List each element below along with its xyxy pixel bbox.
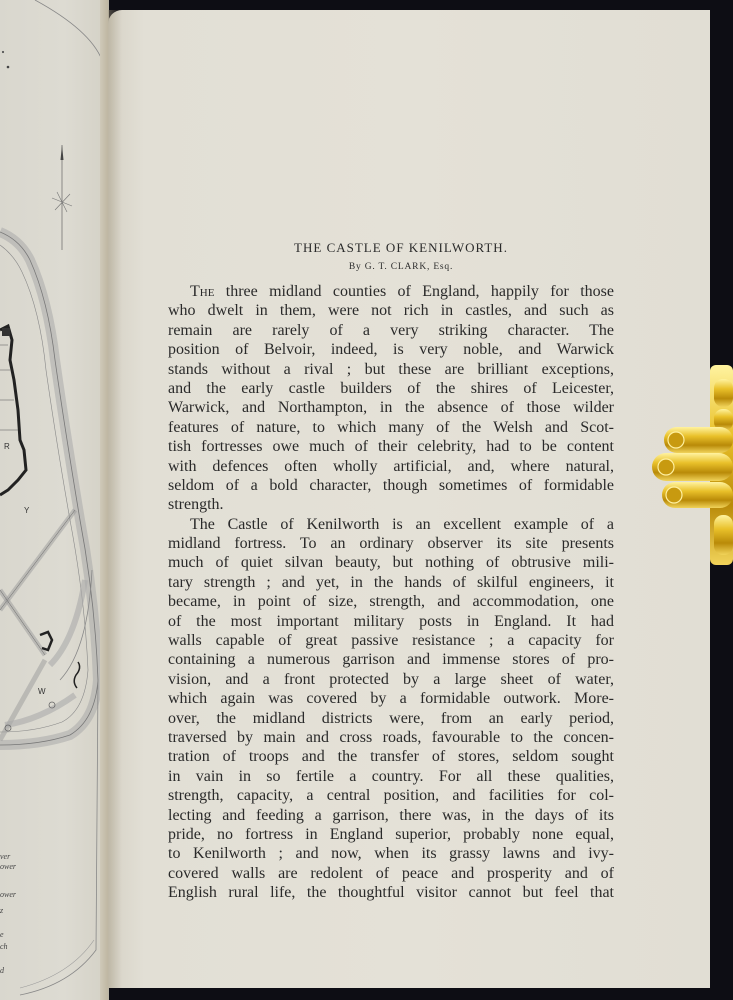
text-line: with defences often wholly artificial, a… xyxy=(168,457,614,476)
text-line: containing a numerous garrison and immen… xyxy=(168,650,614,669)
text-line: lecting and feeding a garrison, there wa… xyxy=(168,806,614,825)
text-line: strength, capacity, a central position, … xyxy=(168,786,614,805)
text-line: The Castle of Kenilworth is an excellent… xyxy=(168,515,614,534)
article-byline: By G. T. CLARK, Esq. xyxy=(100,262,702,272)
gold-binder-clip-icon xyxy=(648,365,733,565)
text-line: remain are rarely of a very striking cha… xyxy=(168,321,614,340)
text-line: which again was covered by a formidable … xyxy=(168,689,614,708)
text-line: covered walls are redolent of peace and … xyxy=(168,864,614,883)
drop-word: The xyxy=(190,283,214,300)
text-line: and the early castle builders of the shi… xyxy=(168,379,614,398)
gutter-shadow xyxy=(108,10,122,988)
text-line: walls capable of great passive resistanc… xyxy=(168,631,614,650)
text-line: vision, and a front protected by a large… xyxy=(168,670,614,689)
text-line: tish fortresses owe much of their celebr… xyxy=(168,437,614,456)
text-line: position of Belvoir, indeed, is very nob… xyxy=(168,340,614,359)
text-line: over, the midland districts were, from a… xyxy=(168,709,614,728)
text-line: who dwelt in them, were not rich in cast… xyxy=(168,301,614,320)
text-line: pride, no fortress in England superior, … xyxy=(168,825,614,844)
legend-fragment: ower xyxy=(0,862,16,871)
article-body: The three midland counties of England, h… xyxy=(168,282,614,903)
legend-fragment: ch xyxy=(0,942,8,951)
legend-fragment: d xyxy=(0,966,4,975)
map-label-w: W xyxy=(38,687,46,696)
text-line: Warwick, and Northampton, in the absence… xyxy=(168,398,614,417)
legend-fragment: e xyxy=(0,930,4,939)
text-line: much of quiet silvan beauty, but nothing… xyxy=(168,553,614,572)
legend-fragment: z xyxy=(0,906,3,915)
text-line: stands without a rival ; but these are b… xyxy=(168,360,614,379)
text-line: became, in point of size, strength, and … xyxy=(168,592,614,611)
text-line: in vain in so fertile a country. For all… xyxy=(168,767,614,786)
legend-fragment: ver xyxy=(0,852,10,861)
legend-fragment: ower xyxy=(0,890,16,899)
text-line: features of nature, to which many of the… xyxy=(168,418,614,437)
map-label-r: R xyxy=(4,442,10,451)
text-line: English rural life, the thoughtful visit… xyxy=(168,883,614,902)
page-edge xyxy=(100,0,108,1000)
article-title: THE CASTLE OF KENILWORTH. xyxy=(100,240,702,256)
text-line: of the most important military posts in … xyxy=(168,612,614,631)
map-label-y: Y xyxy=(24,506,29,515)
text-line: tary strength ; and yet, in the hands of… xyxy=(168,573,614,592)
text-line: The three midland counties of England, h… xyxy=(168,282,614,301)
left-page-map-plate: R Y W ver ower ower z e ch d xyxy=(0,0,109,1000)
text-line: seldom of a bold character, though somet… xyxy=(168,476,614,495)
text-line: to Kenilworth ; and now, when its grassy… xyxy=(168,844,614,863)
north-arrow-icon xyxy=(52,145,72,250)
castle-plan-map xyxy=(0,0,108,1000)
text-line: midland fortress. To an ordinary observe… xyxy=(168,534,614,553)
text-line: strength. xyxy=(168,495,614,514)
text-line: traversed by main and cross roads, favou… xyxy=(168,728,614,747)
text-line: tration of troops and the transfer of st… xyxy=(168,747,614,766)
